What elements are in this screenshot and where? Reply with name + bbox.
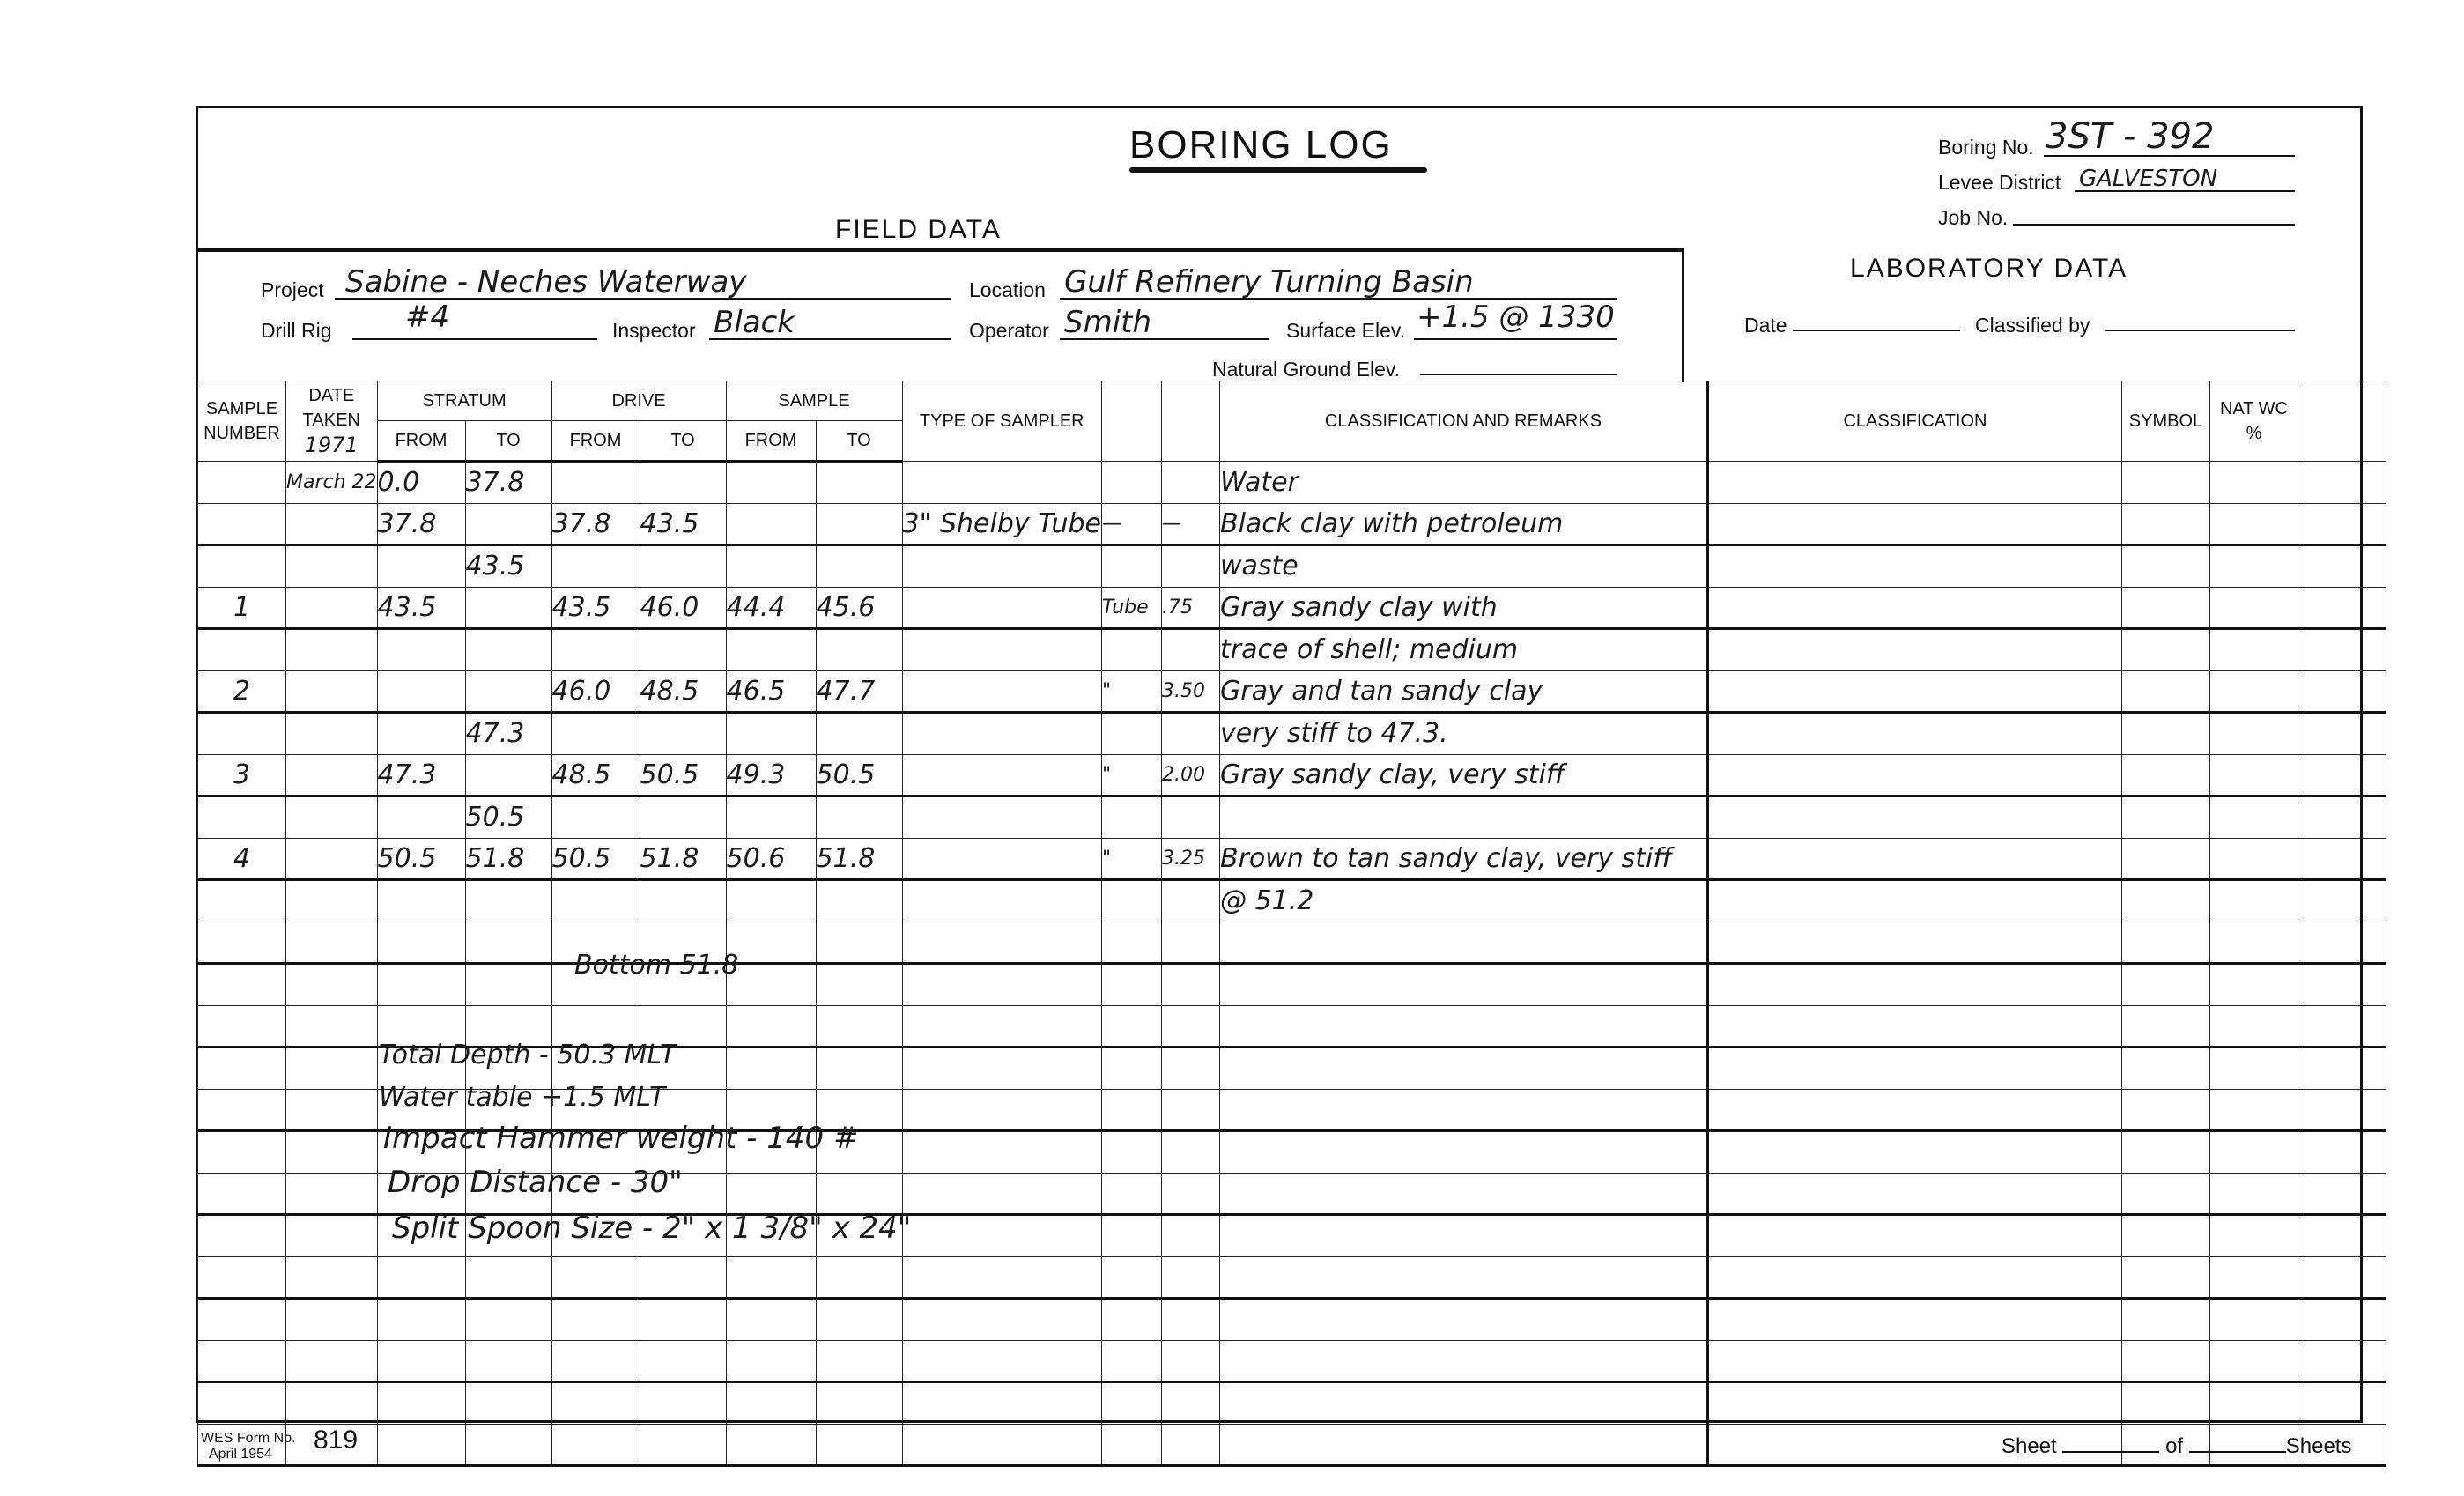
cell-sample-from[interactable] bbox=[726, 713, 816, 755]
cell-lab-symbol[interactable] bbox=[2121, 1173, 2209, 1215]
cell-drive-from[interactable] bbox=[551, 880, 640, 922]
cell-sample-to[interactable]: 45.6 bbox=[816, 587, 902, 629]
cell-type-of-sampler[interactable] bbox=[902, 1299, 1101, 1341]
cell-sampler-col-2[interactable] bbox=[1161, 713, 1219, 755]
cell-type-of-sampler[interactable]: 3" Shelby Tube bbox=[902, 503, 1101, 545]
cell-sample-from[interactable] bbox=[726, 922, 816, 964]
cell-stratum-to[interactable] bbox=[465, 629, 551, 671]
cell-lab-classification[interactable] bbox=[1707, 587, 2121, 629]
cell-sample-number[interactable] bbox=[198, 1005, 286, 1048]
cell-sample-number[interactable] bbox=[198, 545, 286, 588]
cell-remarks[interactable] bbox=[1219, 1424, 1707, 1466]
cell-stratum-to[interactable] bbox=[465, 922, 551, 964]
cell-sample-to[interactable]: 50.5 bbox=[816, 754, 902, 796]
cell-lab-extra[interactable] bbox=[2298, 1048, 2386, 1090]
cell-date-taken[interactable] bbox=[286, 1005, 378, 1048]
cell-drive-to[interactable]: 46.0 bbox=[640, 587, 726, 629]
cell-type-of-sampler[interactable] bbox=[902, 1256, 1101, 1299]
cell-type-of-sampler[interactable] bbox=[902, 796, 1101, 839]
cell-lab-nat-wc[interactable] bbox=[2209, 754, 2298, 796]
cell-sample-from[interactable] bbox=[726, 462, 816, 504]
cell-drive-to[interactable]: 50.5 bbox=[640, 754, 726, 796]
cell-sampler-col-1[interactable]: " bbox=[1101, 838, 1161, 880]
cell-stratum-from[interactable]: 37.8 bbox=[377, 503, 465, 545]
cell-drive-from[interactable]: 50.5 bbox=[551, 838, 640, 880]
sheet-field[interactable] bbox=[2062, 1451, 2159, 1453]
cell-lab-extra[interactable] bbox=[2298, 1340, 2386, 1382]
cell-sample-number[interactable] bbox=[198, 462, 286, 504]
cell-sampler-col-1[interactable] bbox=[1101, 1048, 1161, 1090]
cell-drive-to[interactable]: 43.5 bbox=[640, 503, 726, 545]
cell-stratum-from[interactable] bbox=[377, 922, 465, 964]
sheets-total-field[interactable] bbox=[2189, 1451, 2286, 1453]
cell-remarks[interactable] bbox=[1219, 1089, 1707, 1131]
cell-lab-extra[interactable] bbox=[2298, 1089, 2386, 1131]
cell-sampler-col-2[interactable] bbox=[1161, 1382, 1219, 1425]
cell-lab-nat-wc[interactable] bbox=[2209, 796, 2298, 839]
cell-sample-to[interactable] bbox=[816, 1256, 902, 1299]
cell-sample-number[interactable] bbox=[198, 1089, 286, 1131]
cell-stratum-from[interactable] bbox=[377, 964, 465, 1006]
cell-type-of-sampler[interactable] bbox=[902, 587, 1101, 629]
cell-sampler-col-1[interactable]: Tube bbox=[1101, 587, 1161, 629]
cell-sampler-col-2[interactable]: — bbox=[1161, 503, 1219, 545]
cell-remarks[interactable]: Gray and tan sandy clay bbox=[1219, 670, 1707, 713]
cell-lab-extra[interactable] bbox=[2298, 964, 2386, 1006]
cell-sample-to[interactable] bbox=[816, 503, 902, 545]
cell-sampler-col-1[interactable] bbox=[1101, 462, 1161, 504]
cell-lab-extra[interactable] bbox=[2298, 838, 2386, 880]
cell-stratum-from[interactable] bbox=[377, 1424, 465, 1466]
cell-lab-symbol[interactable] bbox=[2121, 838, 2209, 880]
cell-lab-symbol[interactable] bbox=[2121, 587, 2209, 629]
cell-type-of-sampler[interactable] bbox=[902, 1089, 1101, 1131]
cell-sample-from[interactable] bbox=[726, 1424, 816, 1466]
cell-date-taken[interactable] bbox=[286, 545, 378, 588]
drill-rig-value[interactable]: #4 bbox=[405, 300, 449, 335]
cell-sample-to[interactable] bbox=[816, 880, 902, 922]
cell-remarks[interactable]: Water bbox=[1219, 462, 1707, 504]
cell-date-taken[interactable] bbox=[286, 964, 378, 1006]
cell-lab-nat-wc[interactable] bbox=[2209, 922, 2298, 964]
cell-sample-number[interactable] bbox=[198, 964, 286, 1006]
cell-lab-classification[interactable] bbox=[1707, 880, 2121, 922]
cell-sampler-col-2[interactable] bbox=[1161, 1424, 1219, 1466]
cell-lab-nat-wc[interactable] bbox=[2209, 1005, 2298, 1048]
cell-lab-symbol[interactable] bbox=[2121, 1340, 2209, 1382]
cell-lab-classification[interactable] bbox=[1707, 1173, 2121, 1215]
cell-sample-from[interactable] bbox=[726, 1005, 816, 1048]
cell-drive-from[interactable] bbox=[551, 713, 640, 755]
cell-lab-symbol[interactable] bbox=[2121, 754, 2209, 796]
cell-drive-from[interactable] bbox=[551, 545, 640, 588]
cell-date-taken[interactable] bbox=[286, 713, 378, 755]
cell-type-of-sampler[interactable] bbox=[902, 1005, 1101, 1048]
cell-drive-to[interactable] bbox=[640, 1340, 726, 1382]
cell-sampler-col-1[interactable] bbox=[1101, 922, 1161, 964]
cell-lab-symbol[interactable] bbox=[2121, 1131, 2209, 1174]
cell-sampler-col-2[interactable] bbox=[1161, 1215, 1219, 1257]
cell-date-taken[interactable] bbox=[286, 880, 378, 922]
cell-lab-extra[interactable] bbox=[2298, 1131, 2386, 1174]
cell-sample-number[interactable]: 4 bbox=[198, 838, 286, 880]
cell-sample-to[interactable] bbox=[816, 545, 902, 588]
cell-drive-from[interactable]: 48.5 bbox=[551, 754, 640, 796]
cell-sample-to[interactable]: 47.7 bbox=[816, 670, 902, 713]
cell-lab-nat-wc[interactable] bbox=[2209, 1215, 2298, 1257]
cell-remarks[interactable] bbox=[1219, 1005, 1707, 1048]
cell-type-of-sampler[interactable] bbox=[902, 838, 1101, 880]
cell-sample-from[interactable]: 44.4 bbox=[726, 587, 816, 629]
cell-sample-to[interactable] bbox=[816, 713, 902, 755]
cell-stratum-to[interactable] bbox=[465, 754, 551, 796]
cell-sample-number[interactable] bbox=[198, 503, 286, 545]
cell-stratum-to[interactable] bbox=[465, 1299, 551, 1341]
cell-stratum-from[interactable] bbox=[377, 1299, 465, 1341]
cell-lab-extra[interactable] bbox=[2298, 1299, 2386, 1341]
cell-remarks[interactable]: Black clay with petroleum bbox=[1219, 503, 1707, 545]
cell-lab-extra[interactable] bbox=[2298, 1005, 2386, 1048]
cell-stratum-from[interactable]: 47.3 bbox=[377, 754, 465, 796]
operator-value[interactable]: Smith bbox=[1064, 305, 1151, 340]
cell-sampler-col-2[interactable] bbox=[1161, 922, 1219, 964]
cell-sampler-col-1[interactable] bbox=[1101, 1382, 1161, 1425]
cell-lab-extra[interactable] bbox=[2298, 462, 2386, 504]
cell-sample-from[interactable] bbox=[726, 1382, 816, 1425]
cell-sampler-col-2[interactable]: 2.00 bbox=[1161, 754, 1219, 796]
cell-lab-nat-wc[interactable] bbox=[2209, 880, 2298, 922]
cell-remarks[interactable]: trace of shell; medium bbox=[1219, 629, 1707, 671]
cell-stratum-to[interactable] bbox=[465, 880, 551, 922]
cell-type-of-sampler[interactable] bbox=[902, 462, 1101, 504]
cell-sampler-col-1[interactable] bbox=[1101, 964, 1161, 1006]
cell-lab-symbol[interactable] bbox=[2121, 796, 2209, 839]
cell-drive-from[interactable]: 46.0 bbox=[551, 670, 640, 713]
cell-date-taken[interactable] bbox=[286, 754, 378, 796]
cell-lab-symbol[interactable] bbox=[2121, 922, 2209, 964]
cell-sampler-col-1[interactable] bbox=[1101, 1089, 1161, 1131]
cell-stratum-from[interactable] bbox=[377, 670, 465, 713]
cell-type-of-sampler[interactable] bbox=[902, 922, 1101, 964]
inspector-value[interactable]: Black bbox=[714, 305, 795, 340]
cell-lab-nat-wc[interactable] bbox=[2209, 587, 2298, 629]
cell-lab-classification[interactable] bbox=[1707, 629, 2121, 671]
cell-lab-symbol[interactable] bbox=[2121, 964, 2209, 1006]
cell-remarks[interactable] bbox=[1219, 1173, 1707, 1215]
cell-drive-to[interactable] bbox=[640, 462, 726, 504]
cell-sample-to[interactable] bbox=[816, 1340, 902, 1382]
cell-sample-from[interactable] bbox=[726, 503, 816, 545]
cell-sample-number[interactable] bbox=[198, 1382, 286, 1425]
cell-remarks[interactable] bbox=[1219, 796, 1707, 839]
cell-remarks[interactable]: waste bbox=[1219, 545, 1707, 588]
cell-lab-extra[interactable] bbox=[2298, 796, 2386, 839]
cell-lab-symbol[interactable] bbox=[2121, 629, 2209, 671]
cell-sample-from[interactable] bbox=[726, 545, 816, 588]
cell-drive-from[interactable] bbox=[551, 1424, 640, 1466]
cell-sampler-col-1[interactable] bbox=[1101, 1424, 1161, 1466]
cell-date-taken[interactable] bbox=[286, 503, 378, 545]
cell-sample-to[interactable]: 51.8 bbox=[816, 838, 902, 880]
cell-lab-classification[interactable] bbox=[1707, 462, 2121, 504]
cell-date-taken[interactable] bbox=[286, 1382, 378, 1425]
cell-lab-nat-wc[interactable] bbox=[2209, 670, 2298, 713]
cell-drive-to[interactable] bbox=[640, 713, 726, 755]
cell-remarks[interactable]: very stiff to 47.3. bbox=[1219, 713, 1707, 755]
cell-sample-number[interactable]: 3 bbox=[198, 754, 286, 796]
cell-lab-symbol[interactable] bbox=[2121, 1005, 2209, 1048]
cell-lab-nat-wc[interactable] bbox=[2209, 1340, 2298, 1382]
cell-lab-nat-wc[interactable] bbox=[2209, 1048, 2298, 1090]
cell-sample-from[interactable] bbox=[726, 796, 816, 839]
cell-sampler-col-2[interactable] bbox=[1161, 629, 1219, 671]
cell-sample-number[interactable] bbox=[198, 796, 286, 839]
cell-type-of-sampler[interactable] bbox=[902, 1173, 1101, 1215]
cell-sampler-col-1[interactable] bbox=[1101, 1299, 1161, 1341]
cell-lab-nat-wc[interactable] bbox=[2209, 1131, 2298, 1174]
cell-sample-number[interactable] bbox=[198, 880, 286, 922]
cell-sample-from[interactable] bbox=[726, 1173, 816, 1215]
cell-lab-symbol[interactable] bbox=[2121, 713, 2209, 755]
cell-sampler-col-1[interactable]: " bbox=[1101, 754, 1161, 796]
cell-lab-extra[interactable] bbox=[2298, 713, 2386, 755]
natural-ground-elev-field[interactable] bbox=[1420, 374, 1617, 375]
cell-sampler-col-1[interactable] bbox=[1101, 545, 1161, 588]
cell-lab-symbol[interactable] bbox=[2121, 1382, 2209, 1425]
cell-stratum-to[interactable]: 43.5 bbox=[465, 545, 551, 588]
cell-type-of-sampler[interactable] bbox=[902, 713, 1101, 755]
cell-sample-to[interactable] bbox=[816, 964, 902, 1006]
cell-lab-nat-wc[interactable] bbox=[2209, 1173, 2298, 1215]
cell-sampler-col-2[interactable]: 3.50 bbox=[1161, 670, 1219, 713]
cell-stratum-to[interactable] bbox=[465, 503, 551, 545]
cell-lab-extra[interactable] bbox=[2298, 754, 2386, 796]
cell-type-of-sampler[interactable] bbox=[902, 1382, 1101, 1425]
cell-drive-to[interactable] bbox=[640, 1299, 726, 1341]
cell-lab-classification[interactable] bbox=[1707, 1005, 2121, 1048]
cell-stratum-from[interactable]: 43.5 bbox=[377, 587, 465, 629]
cell-lab-classification[interactable] bbox=[1707, 838, 2121, 880]
cell-sample-number[interactable]: 2 bbox=[198, 670, 286, 713]
cell-sampler-col-2[interactable] bbox=[1161, 1340, 1219, 1382]
cell-sampler-col-2[interactable] bbox=[1161, 1131, 1219, 1174]
cell-sample-number[interactable] bbox=[198, 1131, 286, 1174]
cell-drive-from[interactable] bbox=[551, 1340, 640, 1382]
cell-lab-extra[interactable] bbox=[2298, 670, 2386, 713]
cell-sample-number[interactable] bbox=[198, 1340, 286, 1382]
cell-lab-nat-wc[interactable] bbox=[2209, 1382, 2298, 1425]
cell-remarks[interactable] bbox=[1219, 1048, 1707, 1090]
levee-district-value[interactable]: GALVESTON bbox=[2079, 166, 2217, 192]
cell-sample-number[interactable] bbox=[198, 1256, 286, 1299]
cell-drive-to[interactable] bbox=[640, 1256, 726, 1299]
cell-sample-from[interactable]: 46.5 bbox=[726, 670, 816, 713]
cell-sample-to[interactable] bbox=[816, 1424, 902, 1466]
cell-lab-classification[interactable] bbox=[1707, 1048, 2121, 1090]
cell-stratum-to[interactable] bbox=[465, 1382, 551, 1425]
cell-drive-to[interactable]: 48.5 bbox=[640, 670, 726, 713]
cell-type-of-sampler[interactable] bbox=[902, 670, 1101, 713]
cell-lab-nat-wc[interactable] bbox=[2209, 545, 2298, 588]
cell-stratum-to[interactable] bbox=[465, 1424, 551, 1466]
cell-lab-classification[interactable] bbox=[1707, 964, 2121, 1006]
cell-sampler-col-2[interactable]: .75 bbox=[1161, 587, 1219, 629]
cell-lab-classification[interactable] bbox=[1707, 1382, 2121, 1425]
cell-stratum-from[interactable] bbox=[377, 880, 465, 922]
cell-lab-extra[interactable] bbox=[2298, 629, 2386, 671]
cell-type-of-sampler[interactable] bbox=[902, 754, 1101, 796]
cell-date-taken[interactable] bbox=[286, 670, 378, 713]
cell-sample-to[interactable] bbox=[816, 1299, 902, 1341]
cell-type-of-sampler[interactable] bbox=[902, 880, 1101, 922]
cell-sampler-col-1[interactable] bbox=[1101, 880, 1161, 922]
cell-lab-extra[interactable] bbox=[2298, 1382, 2386, 1425]
cell-stratum-from[interactable] bbox=[377, 713, 465, 755]
cell-sampler-col-2[interactable]: 3.25 bbox=[1161, 838, 1219, 880]
cell-drive-from[interactable] bbox=[551, 1382, 640, 1425]
cell-sample-from[interactable] bbox=[726, 964, 816, 1006]
cell-sampler-col-1[interactable] bbox=[1101, 1256, 1161, 1299]
cell-sample-to[interactable] bbox=[816, 462, 902, 504]
cell-date-taken[interactable] bbox=[286, 1048, 378, 1090]
cell-sampler-col-2[interactable] bbox=[1161, 964, 1219, 1006]
cell-lab-nat-wc[interactable] bbox=[2209, 1089, 2298, 1131]
cell-sampler-col-1[interactable] bbox=[1101, 1173, 1161, 1215]
cell-lab-classification[interactable] bbox=[1707, 670, 2121, 713]
cell-lab-classification[interactable] bbox=[1707, 754, 2121, 796]
cell-lab-nat-wc[interactable] bbox=[2209, 629, 2298, 671]
cell-lab-extra[interactable] bbox=[2298, 1173, 2386, 1215]
cell-sample-number[interactable] bbox=[198, 1299, 286, 1341]
cell-sampler-col-1[interactable] bbox=[1101, 713, 1161, 755]
cell-remarks[interactable] bbox=[1219, 1299, 1707, 1341]
cell-date-taken[interactable]: March 22 bbox=[286, 462, 378, 504]
cell-lab-nat-wc[interactable] bbox=[2209, 713, 2298, 755]
cell-lab-symbol[interactable] bbox=[2121, 1089, 2209, 1131]
location-value[interactable]: Gulf Refinery Turning Basin bbox=[1064, 264, 1474, 300]
cell-sampler-col-1[interactable]: — bbox=[1101, 503, 1161, 545]
cell-remarks[interactable]: Gray sandy clay, very stiff bbox=[1219, 754, 1707, 796]
cell-sample-number[interactable] bbox=[198, 922, 286, 964]
cell-lab-symbol[interactable] bbox=[2121, 1256, 2209, 1299]
cell-remarks[interactable]: @ 51.2 bbox=[1219, 880, 1707, 922]
cell-remarks[interactable] bbox=[1219, 964, 1707, 1006]
cell-sampler-col-2[interactable] bbox=[1161, 1299, 1219, 1341]
cell-sampler-col-1[interactable] bbox=[1101, 1131, 1161, 1174]
cell-sample-to[interactable] bbox=[816, 1005, 902, 1048]
cell-date-taken[interactable] bbox=[286, 629, 378, 671]
cell-date-taken[interactable] bbox=[286, 1299, 378, 1341]
cell-stratum-to[interactable]: 37.8 bbox=[465, 462, 551, 504]
cell-sample-from[interactable]: 50.6 bbox=[726, 838, 816, 880]
cell-lab-nat-wc[interactable] bbox=[2209, 462, 2298, 504]
cell-lab-symbol[interactable] bbox=[2121, 670, 2209, 713]
cell-date-taken[interactable] bbox=[286, 796, 378, 839]
cell-lab-classification[interactable] bbox=[1707, 1131, 2121, 1174]
cell-date-taken[interactable] bbox=[286, 1089, 378, 1131]
cell-sample-to[interactable] bbox=[816, 1048, 902, 1090]
cell-drive-from[interactable]: 37.8 bbox=[551, 503, 640, 545]
cell-sampler-col-2[interactable] bbox=[1161, 1173, 1219, 1215]
cell-stratum-to[interactable] bbox=[465, 1340, 551, 1382]
cell-lab-extra[interactable] bbox=[2298, 503, 2386, 545]
cell-lab-classification[interactable] bbox=[1707, 1256, 2121, 1299]
cell-stratum-to[interactable] bbox=[465, 1256, 551, 1299]
cell-lab-nat-wc[interactable] bbox=[2209, 1299, 2298, 1341]
cell-date-taken[interactable] bbox=[286, 1173, 378, 1215]
cell-type-of-sampler[interactable] bbox=[902, 1215, 1101, 1257]
cell-type-of-sampler[interactable] bbox=[902, 1340, 1101, 1382]
cell-stratum-to[interactable]: 47.3 bbox=[465, 713, 551, 755]
cell-date-taken[interactable] bbox=[286, 1340, 378, 1382]
cell-sample-from[interactable] bbox=[726, 880, 816, 922]
cell-lab-symbol[interactable] bbox=[2121, 1048, 2209, 1090]
cell-sampler-col-2[interactable] bbox=[1161, 545, 1219, 588]
cell-stratum-from[interactable] bbox=[377, 629, 465, 671]
cell-type-of-sampler[interactable] bbox=[902, 545, 1101, 588]
cell-drive-from[interactable] bbox=[551, 1299, 640, 1341]
cell-sampler-col-1[interactable] bbox=[1101, 1340, 1161, 1382]
cell-lab-symbol[interactable] bbox=[2121, 545, 2209, 588]
cell-sample-from[interactable] bbox=[726, 1340, 816, 1382]
cell-sample-number[interactable] bbox=[198, 1173, 286, 1215]
cell-sample-number[interactable] bbox=[198, 713, 286, 755]
cell-sample-to[interactable] bbox=[816, 629, 902, 671]
cell-sample-to[interactable] bbox=[816, 1382, 902, 1425]
cell-lab-classification[interactable] bbox=[1707, 796, 2121, 839]
cell-drive-to[interactable] bbox=[640, 545, 726, 588]
cell-drive-to[interactable]: 51.8 bbox=[640, 838, 726, 880]
cell-stratum-from[interactable]: 0.0 bbox=[377, 462, 465, 504]
cell-lab-classification[interactable] bbox=[1707, 1340, 2121, 1382]
cell-sample-number[interactable] bbox=[198, 1048, 286, 1090]
cell-drive-from[interactable]: 43.5 bbox=[551, 587, 640, 629]
cell-lab-extra[interactable] bbox=[2298, 587, 2386, 629]
cell-drive-from[interactable] bbox=[551, 1256, 640, 1299]
cell-stratum-to[interactable] bbox=[465, 670, 551, 713]
cell-date-taken[interactable] bbox=[286, 1215, 378, 1257]
cell-drive-to[interactable] bbox=[640, 629, 726, 671]
cell-sample-to[interactable] bbox=[816, 1173, 902, 1215]
cell-lab-classification[interactable] bbox=[1707, 503, 2121, 545]
cell-lab-classification[interactable] bbox=[1707, 922, 2121, 964]
cell-sample-number[interactable]: 1 bbox=[198, 587, 286, 629]
cell-drive-to[interactable] bbox=[640, 1382, 726, 1425]
cell-remarks[interactable] bbox=[1219, 922, 1707, 964]
cell-sampler-col-2[interactable] bbox=[1161, 1256, 1219, 1299]
cell-lab-nat-wc[interactable] bbox=[2209, 964, 2298, 1006]
cell-drive-from[interactable] bbox=[551, 629, 640, 671]
cell-stratum-from[interactable] bbox=[377, 545, 465, 588]
cell-sample-from[interactable] bbox=[726, 1256, 816, 1299]
cell-lab-symbol[interactable] bbox=[2121, 503, 2209, 545]
cell-sample-to[interactable] bbox=[816, 922, 902, 964]
cell-stratum-to[interactable]: 50.5 bbox=[465, 796, 551, 839]
cell-remarks[interactable] bbox=[1219, 1215, 1707, 1257]
cell-sample-number[interactable] bbox=[198, 629, 286, 671]
cell-sampler-col-2[interactable] bbox=[1161, 796, 1219, 839]
cell-stratum-from[interactable]: 50.5 bbox=[377, 838, 465, 880]
cell-lab-symbol[interactable] bbox=[2121, 880, 2209, 922]
cell-sampler-col-1[interactable] bbox=[1101, 629, 1161, 671]
cell-sampler-col-2[interactable] bbox=[1161, 1048, 1219, 1090]
cell-sampler-col-1[interactable] bbox=[1101, 1005, 1161, 1048]
cell-sampler-col-2[interactable] bbox=[1161, 462, 1219, 504]
cell-type-of-sampler[interactable] bbox=[902, 1048, 1101, 1090]
cell-remarks[interactable] bbox=[1219, 1382, 1707, 1425]
cell-sample-from[interactable] bbox=[726, 1299, 816, 1341]
cell-type-of-sampler[interactable] bbox=[902, 964, 1101, 1006]
